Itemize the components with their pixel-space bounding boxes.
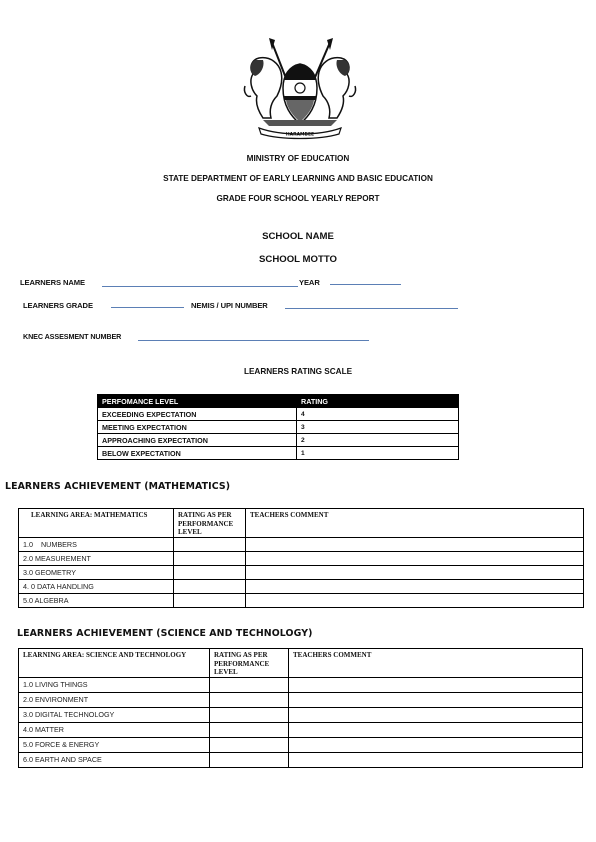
learning-strand: 2.0 ENVIRONMENT (19, 693, 210, 708)
learning-strand: 4.0 MATTER (19, 723, 210, 738)
nemis-label: NEMIS / UPI NUMBER (191, 301, 268, 310)
comment-cell[interactable] (246, 580, 584, 594)
performance-level: BELOW EXPECTATION (98, 447, 297, 460)
science-table: LEARNING AREA: SCIENCE AND TECHNOLOGY RA… (18, 648, 583, 768)
table-header-row: LEARNING AREA: MATHEMATICS RATING AS PER… (19, 509, 584, 538)
header-teachers-comment: TEACHERS COMMENT (246, 509, 584, 538)
kenya-coat-of-arms-icon: HARAMBEE (241, 36, 359, 140)
learning-strand: 4. 0 DATA HANDLING (19, 580, 174, 594)
science-section-title: LEARNERS ACHIEVEMENT (SCIENCE AND TECHNO… (17, 628, 312, 639)
rating-value: 3 (297, 421, 459, 434)
comment-cell[interactable] (246, 552, 584, 566)
table-row: 3.0 GEOMETRY (19, 566, 584, 580)
learners-grade-label: LEARNERS GRADE (23, 301, 93, 310)
table-row: 1.0 LIVING THINGS (19, 678, 583, 693)
learning-strand: 5.0 FORCE & ENERGY (19, 738, 210, 753)
table-row: 5.0 ALGEBRA (19, 594, 584, 608)
learning-strand: 6.0 EARTH AND SPACE (19, 753, 210, 768)
learners-name-label: LEARNERS NAME (20, 278, 85, 287)
department-heading: STATE DEPARTMENT OF EARLY LEARNING AND B… (0, 174, 596, 183)
comment-cell[interactable] (289, 693, 583, 708)
table-row: APPROACHING EXPECTATION 2 (98, 434, 459, 447)
svg-text:HARAMBEE: HARAMBEE (286, 132, 314, 138)
rating-cell[interactable] (174, 552, 246, 566)
report-title: GRADE FOUR SCHOOL YEARLY REPORT (0, 194, 596, 203)
rating-scale-title: LEARNERS RATING SCALE (0, 367, 596, 376)
school-motto: SCHOOL MOTTO (0, 254, 596, 265)
rating-value: 4 (297, 408, 459, 421)
rating-scale-table: PERFOMANCE LEVEL RATING EXCEEDING EXPECT… (97, 394, 459, 460)
learning-strand: 5.0 ALGEBRA (19, 594, 174, 608)
table-row: 2.0 MEASUREMENT (19, 552, 584, 566)
learning-strand: 3.0 GEOMETRY (19, 566, 174, 580)
rating-value: 2 (297, 434, 459, 447)
mathematics-table: LEARNING AREA: MATHEMATICS RATING AS PER… (18, 508, 584, 608)
table-header-row: PERFOMANCE LEVEL RATING (98, 395, 459, 408)
comment-cell[interactable] (289, 753, 583, 768)
header-teachers-comment: TEACHERS COMMENT (289, 649, 583, 678)
rating-cell[interactable] (174, 566, 246, 580)
header-rating: RATING AS PER PERFORMANCE LEVEL (210, 649, 289, 678)
header-rating: RATING AS PER PERFORMANCE LEVEL (174, 509, 246, 538)
learning-strand: 1.0 NUMBERS (19, 538, 174, 552)
learners-grade-field[interactable] (111, 307, 184, 308)
year-field[interactable] (330, 284, 401, 285)
learning-strand: 1.0 LIVING THINGS (19, 678, 210, 693)
mathematics-section-title: LEARNERS ACHIEVEMENT (MATHEMATICS) (5, 481, 230, 492)
header-area: SCIENCE AND TECHNOLOGY (86, 651, 186, 659)
rating-cell[interactable] (210, 723, 289, 738)
table-row: EXCEEDING EXPECTATION 4 (98, 408, 459, 421)
table-row: 4. 0 DATA HANDLING (19, 580, 584, 594)
table-row: MEETING EXPECTATION 3 (98, 421, 459, 434)
table-row: 3.0 DIGITAL TECHNOLOGY (19, 708, 583, 723)
header-performance-level: PERFOMANCE LEVEL (98, 395, 297, 408)
comment-cell[interactable] (246, 594, 584, 608)
rating-value: 1 (297, 447, 459, 460)
rating-cell[interactable] (210, 678, 289, 693)
table-header-row: LEARNING AREA: SCIENCE AND TECHNOLOGY RA… (19, 649, 583, 678)
comment-cell[interactable] (289, 678, 583, 693)
comment-cell[interactable] (289, 708, 583, 723)
performance-level: EXCEEDING EXPECTATION (98, 408, 297, 421)
table-row: 1.0 NUMBERS (19, 538, 584, 552)
comment-cell[interactable] (246, 538, 584, 552)
header-learning-area: LEARNING AREA: SCIENCE AND TECHNOLOGY (19, 649, 210, 678)
table-row: BELOW EXPECTATION 1 (98, 447, 459, 460)
header-learning-area: LEARNING AREA: MATHEMATICS (19, 509, 174, 538)
rating-cell[interactable] (210, 753, 289, 768)
rating-cell[interactable] (174, 580, 246, 594)
learners-name-field[interactable] (102, 286, 298, 287)
header-prefix: LEARNING AREA: (23, 651, 86, 659)
table-row: 2.0 ENVIRONMENT (19, 693, 583, 708)
year-label: YEAR (299, 278, 320, 287)
comment-cell[interactable] (289, 738, 583, 753)
rating-cell[interactable] (210, 693, 289, 708)
rating-cell[interactable] (210, 738, 289, 753)
nemis-field[interactable] (285, 308, 458, 309)
rating-cell[interactable] (174, 594, 246, 608)
learning-strand: 3.0 DIGITAL TECHNOLOGY (19, 708, 210, 723)
ministry-heading: MINISTRY OF EDUCATION (0, 154, 596, 163)
school-name: SCHOOL NAME (0, 231, 596, 242)
table-row: 4.0 MATTER (19, 723, 583, 738)
table-row: 6.0 EARTH AND SPACE (19, 753, 583, 768)
performance-level: APPROACHING EXPECTATION (98, 434, 297, 447)
performance-level: MEETING EXPECTATION (98, 421, 297, 434)
header-rating: RATING (297, 395, 459, 408)
rating-cell[interactable] (210, 708, 289, 723)
table-row: 5.0 FORCE & ENERGY (19, 738, 583, 753)
knec-field[interactable] (138, 340, 369, 341)
rating-cell[interactable] (174, 538, 246, 552)
learning-strand: 2.0 MEASUREMENT (19, 552, 174, 566)
comment-cell[interactable] (289, 723, 583, 738)
knec-label: KNEC ASSESMENT NUMBER (23, 332, 121, 341)
comment-cell[interactable] (246, 566, 584, 580)
